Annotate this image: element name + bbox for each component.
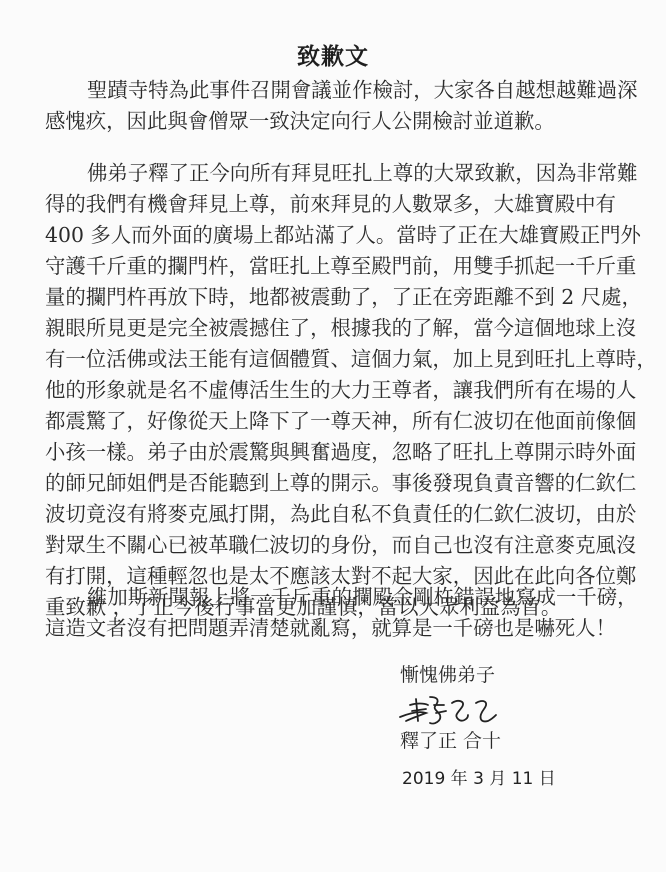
closing-line: 慚愧佛弟子 (400, 660, 495, 687)
paragraph-3: 維加斯新聞報上將一千斤重的攔殿金剛杵錯誤地寫成一千磅， 這造文者沒有把問題弄清楚… (45, 582, 613, 644)
text-line: 小孩一樣。弟子由於震驚與興奮過度，忽略了旺扎上尊開示時外面 (45, 437, 613, 468)
paragraph-1: 聖蹟寺特為此事件召開會議並作檢討，大家各自越想越難過深 感愧疚，因此與會僧眾一致… (45, 75, 613, 137)
text-line: 他的形象就是名不虛傳活生生的大力王尊者，讓我們所有在場的人 (45, 375, 613, 406)
text-line: 維加斯新聞報上將一千斤重的攔殿金剛杵錯誤地寫成一千磅， (45, 582, 613, 613)
document-date: 2019 年 3 月 11 日 (402, 764, 556, 789)
signature-icon (396, 691, 506, 729)
text-line: 對眾生不關心已被革職仁波切的身份，而自己也沒有注意麥克風沒 (45, 530, 613, 561)
signer-name: 釋了正 合十 (400, 726, 501, 753)
text-line: 都震驚了，好像從天上降下了一尊天神，所有仁波切在他面前像個 (45, 406, 613, 437)
text-line: 有一位活佛或法王能有這個體質、這個力氣，加上見到旺扎上尊時， (45, 344, 613, 375)
text-line: 的師兄師姐們是否能聽到上尊的開示。事後發現負責音響的仁欽仁 (45, 468, 613, 499)
text-line: 聖蹟寺特為此事件召開會議並作檢討，大家各自越想越難過深 (45, 75, 613, 106)
text-line: 400 多人而外面的廣場上都站滿了人。當時了正在大雄寶殿正門外 (45, 220, 613, 251)
text-line: 這造文者沒有把問題弄清楚就亂寫，就算是一千磅也是嚇死人！ (45, 613, 613, 644)
paragraph-2: 佛弟子釋了正今向所有拜見旺扎上尊的大眾致歉，因為非常難 得的我們有機會拜見上尊，… (45, 158, 613, 623)
text-line: 守護千斤重的攔門杵，當旺扎上尊至殿門前，用雙手抓起一千斤重 (45, 251, 613, 282)
text-line: 得的我們有機會拜見上尊，前來拜見的人數眾多，大雄寶殿中有 (45, 189, 613, 220)
text-line: 波切竟沒有將麥克風打開，為此自私不負責任的仁欽仁波切，由於 (45, 499, 613, 530)
text-line: 佛弟子釋了正今向所有拜見旺扎上尊的大眾致歉，因為非常難 (45, 158, 613, 189)
text-line: 親眼所見更是完全被震撼住了，根據我的了解，當今這個地球上沒 (45, 313, 613, 344)
text-line: 感愧疚，因此與會僧眾一致決定向行人公開檢討並道歉。 (45, 106, 613, 137)
document-title: 致歉文 (0, 38, 666, 71)
text-line: 量的攔門杵再放下時，地都被震動了，了正在旁距離不到 2 尺處， (45, 282, 613, 313)
